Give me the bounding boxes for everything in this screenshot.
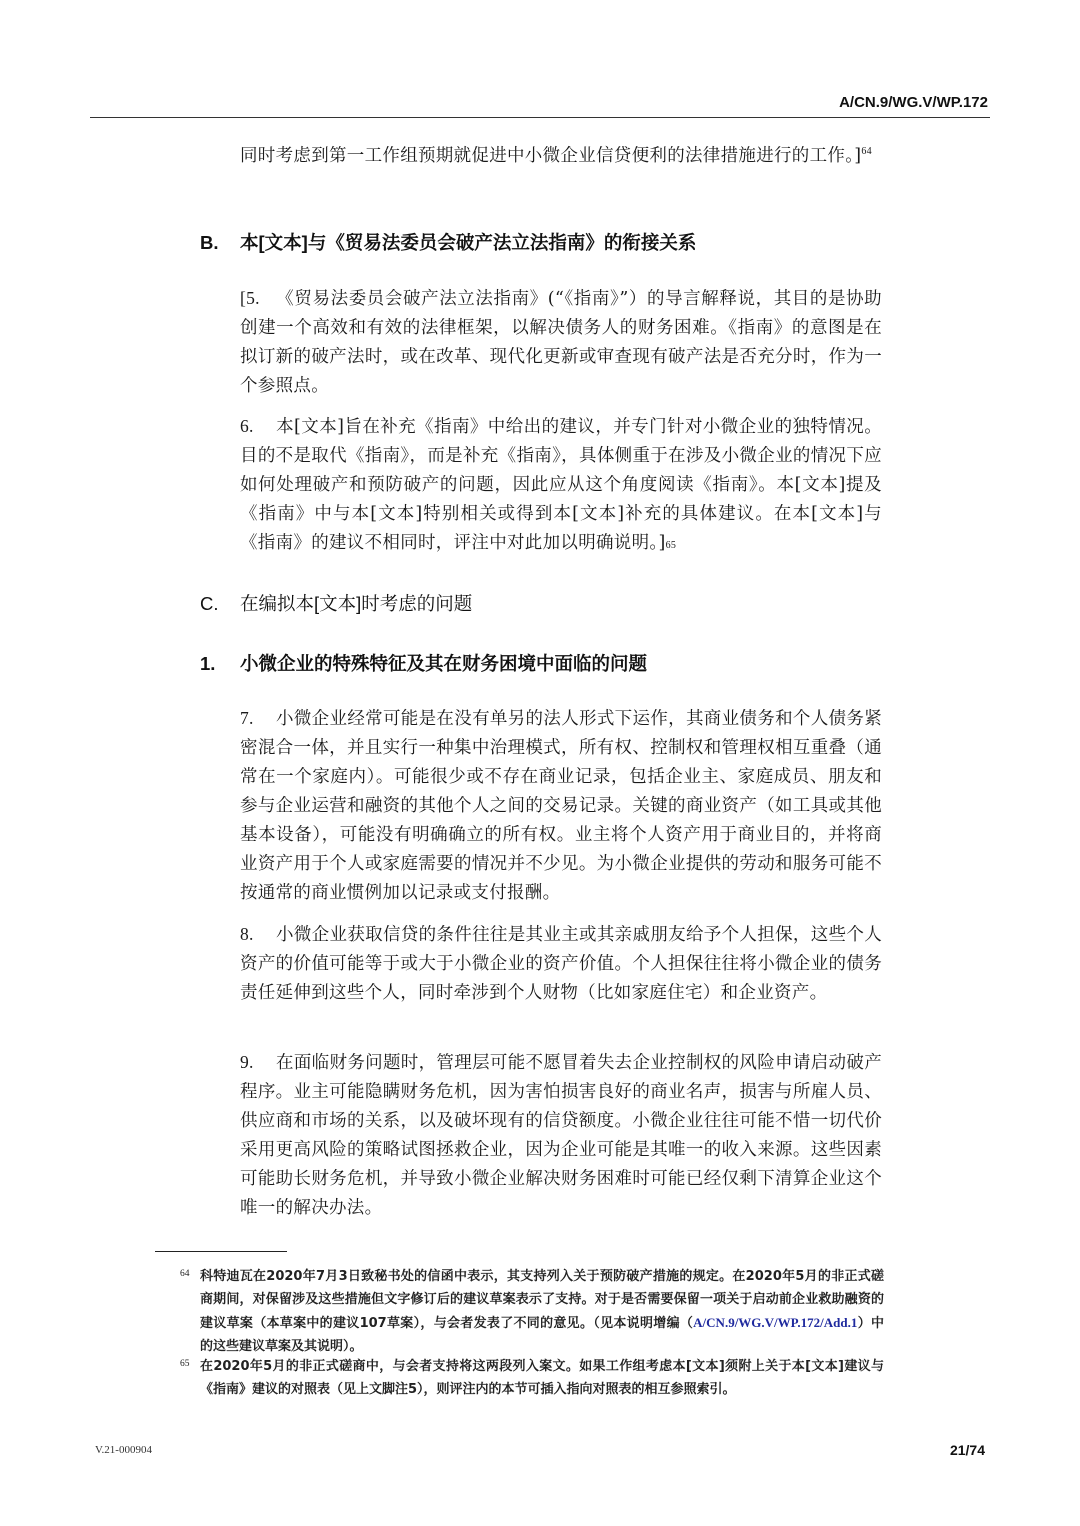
subsection-1-heading: 1.小微企业的特殊特征及其在财务困境中面临的问题 bbox=[200, 650, 647, 676]
header-divider bbox=[90, 117, 990, 118]
footer-job-number: V.21-000904 bbox=[95, 1444, 152, 1456]
section-c-heading: C.在编拟本[文本]时考虑的问题 bbox=[200, 590, 472, 616]
paragraph-text: 小微企业经常可能是在没有单另的法人形式下运作，其商业债务和个人债务紧密混合一体，… bbox=[240, 709, 882, 903]
paragraph-8: 8.小微企业获取信贷的条件往往是其业主或其亲戚朋友给予个人担保，这些个人资产的价… bbox=[240, 920, 882, 1008]
continuation-paragraph: 同时考虑到第一工作组预期就促进中小微企业信贷便利的法律措施进行的工作。]64 bbox=[240, 142, 882, 171]
paragraph-number: 6. bbox=[240, 412, 276, 441]
page-header-symbol: A/CN.9/WG.V/WP.172 bbox=[839, 94, 988, 111]
paragraph-text: 本[文本]旨在补充《指南》中给出的建议，并专门针对小微企业的独特情况。目的不是取… bbox=[240, 417, 882, 553]
document-link[interactable]: A/CN.9/WG.V/WP.172/Add.1 bbox=[693, 1315, 857, 1330]
paragraph-text: 《贸易法委员会破产法立法指南》(“《指南》”）的导言解释说，其目的是协助创建一个… bbox=[240, 289, 882, 396]
paragraph-number: 9. bbox=[240, 1048, 276, 1077]
footnote-ref-65[interactable]: 65 bbox=[666, 540, 677, 551]
section-b-letter: B. bbox=[200, 232, 240, 254]
footer-page-number: 21/74 bbox=[950, 1442, 985, 1458]
section-c-letter: C. bbox=[200, 593, 240, 615]
footnote-text: 在2020年5月的非正式磋商中，与会者支持将这两段列入案文。如果工作组考虑本[文… bbox=[200, 1359, 884, 1397]
paragraph-number: [5. bbox=[240, 284, 276, 313]
footnote-number: 64 bbox=[180, 1263, 190, 1286]
section-b-heading: B.本[文本]与《贸易法委员会破产法立法指南》的衔接关系 bbox=[200, 229, 696, 255]
paragraph-text: 小微企业获取信贷的条件往往是其业主或其亲戚朋友给予个人担保，这些个人资产的价值可… bbox=[240, 925, 882, 1003]
footnote-64: 64 科特迪瓦在2020年7月3日致秘书处的信函中表示，其支持列入关于预防破产措… bbox=[200, 1265, 884, 1358]
paragraph-9: 9.在面临财务问题时，管理层可能不愿冒着失去企业控制权的风险申请启动破产程序。业… bbox=[240, 1048, 882, 1223]
paragraph-text: 在面临财务问题时，管理层可能不愿冒着失去企业控制权的风险申请启动破产程序。业主可… bbox=[240, 1053, 882, 1218]
footnote-ref-64[interactable]: 64 bbox=[861, 146, 872, 157]
subsection-1-number: 1. bbox=[200, 653, 240, 675]
paragraph-6: 6.本[文本]旨在补充《指南》中给出的建议，并专门针对小微企业的独特情况。目的不… bbox=[240, 412, 882, 560]
paragraph-number: 8. bbox=[240, 920, 276, 949]
footnote-65: 65 在2020年5月的非正式磋商中，与会者支持将这两段列入案文。如果工作组考虑… bbox=[200, 1355, 884, 1401]
paragraph-5: [5.《贸易法委员会破产法立法指南》(“《指南》”）的导言解释说，其目的是协助创… bbox=[240, 284, 882, 401]
section-b-title: 本[文本]与《贸易法委员会破产法立法指南》的衔接关系 bbox=[240, 232, 696, 253]
footnote-divider bbox=[155, 1251, 287, 1252]
subsection-1-title: 小微企业的特殊特征及其在财务困境中面临的问题 bbox=[240, 653, 647, 674]
paragraph-7: 7.小微企业经常可能是在没有单另的法人形式下运作，其商业债务和个人债务紧密混合一… bbox=[240, 704, 882, 908]
paragraph-number: 7. bbox=[240, 704, 276, 733]
section-c-title: 在编拟本[文本]时考虑的问题 bbox=[240, 593, 472, 614]
footnote-number: 65 bbox=[180, 1353, 190, 1376]
continuation-text: 同时考虑到第一工作组预期就促进中小微企业信贷便利的法律措施进行的工作。] bbox=[240, 146, 861, 166]
